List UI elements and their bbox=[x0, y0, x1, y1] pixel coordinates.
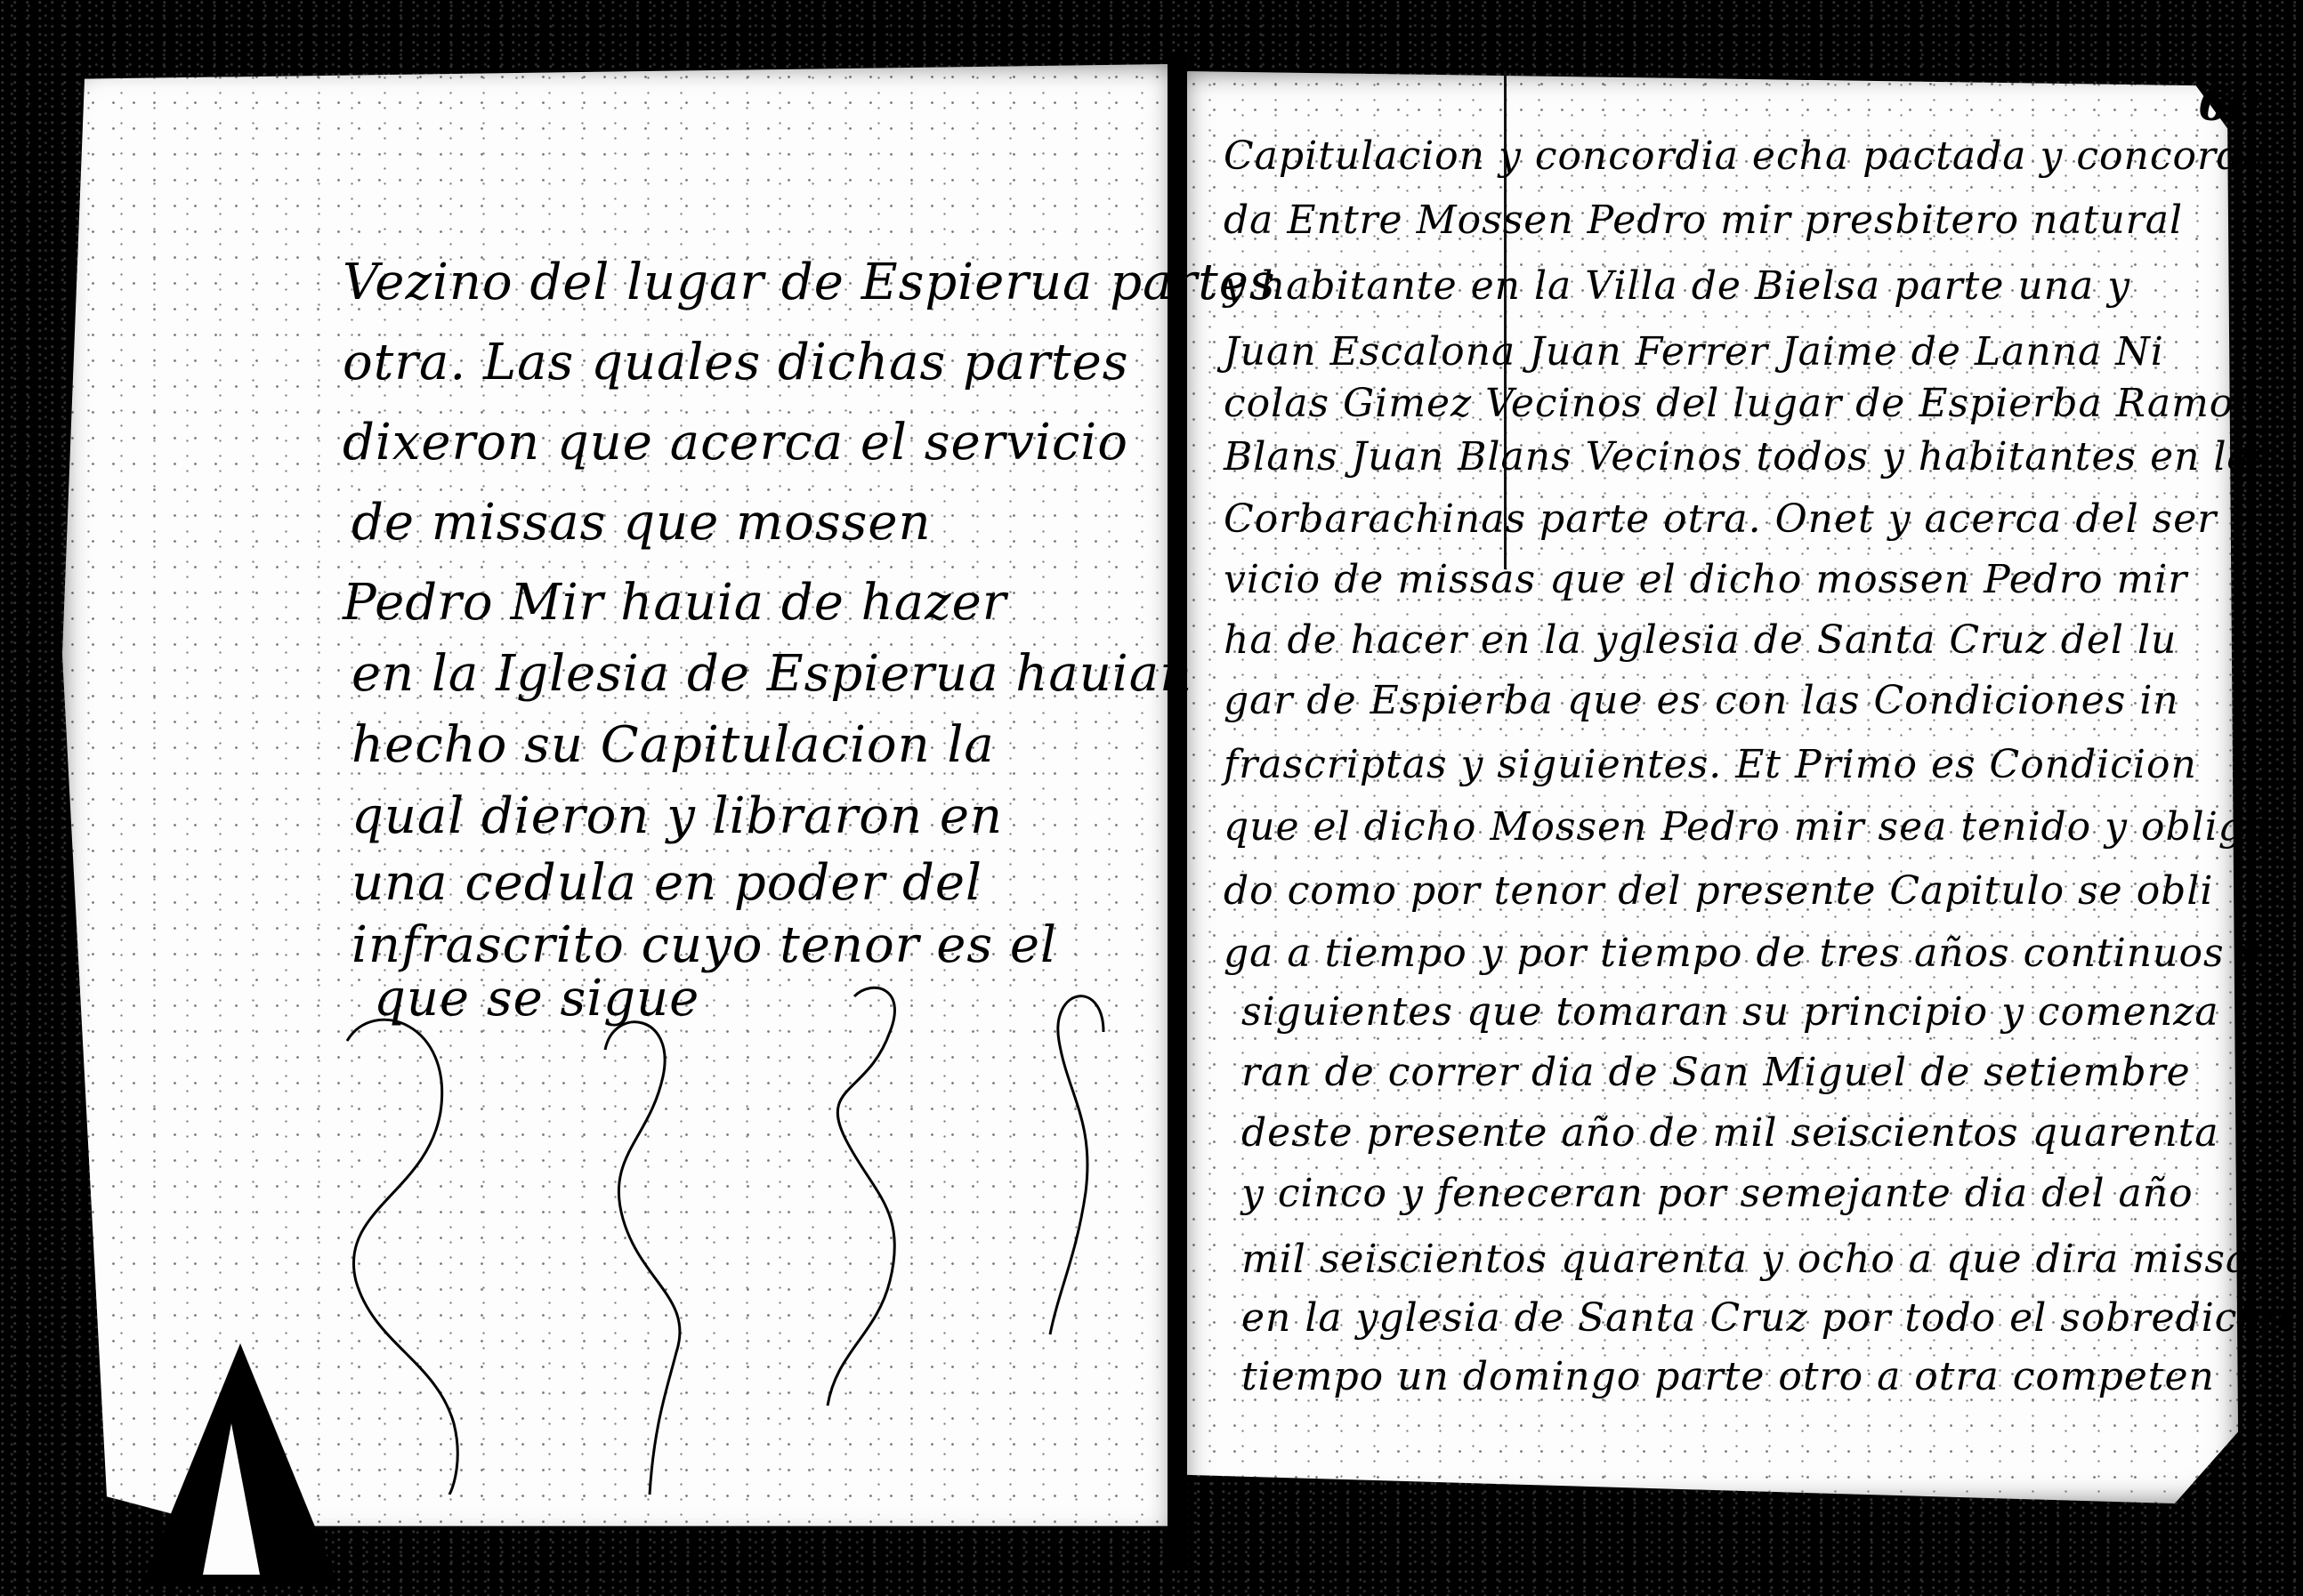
folio-number: 60 bbox=[2198, 78, 2260, 131]
right-line-19: mil seiscientos quarenta y ocho a que di… bbox=[1241, 1237, 2250, 1282]
right-line-10: gar de Espierba que es con las Condicion… bbox=[1224, 678, 2179, 723]
right-line-1: Capitulacion y concordia echa pactada y … bbox=[1224, 133, 2267, 179]
right-line-2: da Entre Mossen Pedro mir presbitero nat… bbox=[1224, 197, 2183, 243]
right-line-3: y habitante en la Villa de Bielsa parte … bbox=[1224, 263, 2130, 309]
right-line-11: frascriptas y siguientes. Et Primo es Co… bbox=[1224, 742, 2197, 787]
right-line-4: Juan Escalona Juan Ferrer Jaime de Lanna… bbox=[1224, 329, 2164, 375]
left-line-1: Vezino del lugar de Espierua partes bbox=[343, 254, 1276, 311]
left-line-2: otra. Las quales dichas partes bbox=[343, 334, 1128, 391]
right-line-18: y cinco y feneceran por semejante dia de… bbox=[1241, 1171, 2194, 1216]
cancellation-strokes bbox=[320, 961, 1121, 1495]
right-line-17: deste presente año de mil seiscientos qu… bbox=[1241, 1110, 2219, 1156]
left-line-5: Pedro Mir hauia de hazer bbox=[343, 574, 1007, 632]
right-line-9: ha de hacer en la yglesia de Santa Cruz … bbox=[1224, 617, 2177, 663]
right-line-13: do como por tenor del presente Capitulo … bbox=[1224, 868, 2214, 914]
right-line-8: vicio de missas que el dicho mossen Pedr… bbox=[1224, 557, 2187, 602]
left-line-7: hecho su Capitulacion la bbox=[352, 716, 995, 774]
left-line-6: en la Iglesia de Espierua hauian bbox=[352, 645, 1192, 703]
right-line-7: Corbarachinas parte otra. Onet y acerca … bbox=[1224, 496, 2217, 542]
right-line-15: siguientes que tomaran su principio y co… bbox=[1241, 989, 2219, 1035]
left-line-4: de missas que mossen bbox=[352, 494, 932, 552]
left-line-9: una cedula en poder del bbox=[352, 854, 982, 912]
right-line-21: tiempo un domingo parte otro a otra comp… bbox=[1241, 1354, 2215, 1399]
right-line-16: ran de correr dia de San Miguel de setie… bbox=[1241, 1050, 2191, 1095]
right-line-5: colas Gimez Vecinos del lugar de Espierb… bbox=[1224, 381, 2260, 426]
right-line-14: ga a tiempo y por tiempo de tres años co… bbox=[1224, 931, 2260, 976]
left-line-8: qual dieron y libraron en bbox=[352, 787, 1003, 845]
right-line-20: en la yglesia de Santa Cruz por todo el … bbox=[1241, 1295, 2288, 1341]
right-line-12: que el dicho Mossen Pedro mir sea tenido… bbox=[1224, 804, 2268, 850]
corner-clip-gap bbox=[203, 1423, 260, 1575]
left-line-3: dixeron que acerca el servicio bbox=[343, 414, 1128, 472]
right-line-6: Blans Juan Blans Vecinos todos y habitan… bbox=[1224, 434, 2272, 480]
